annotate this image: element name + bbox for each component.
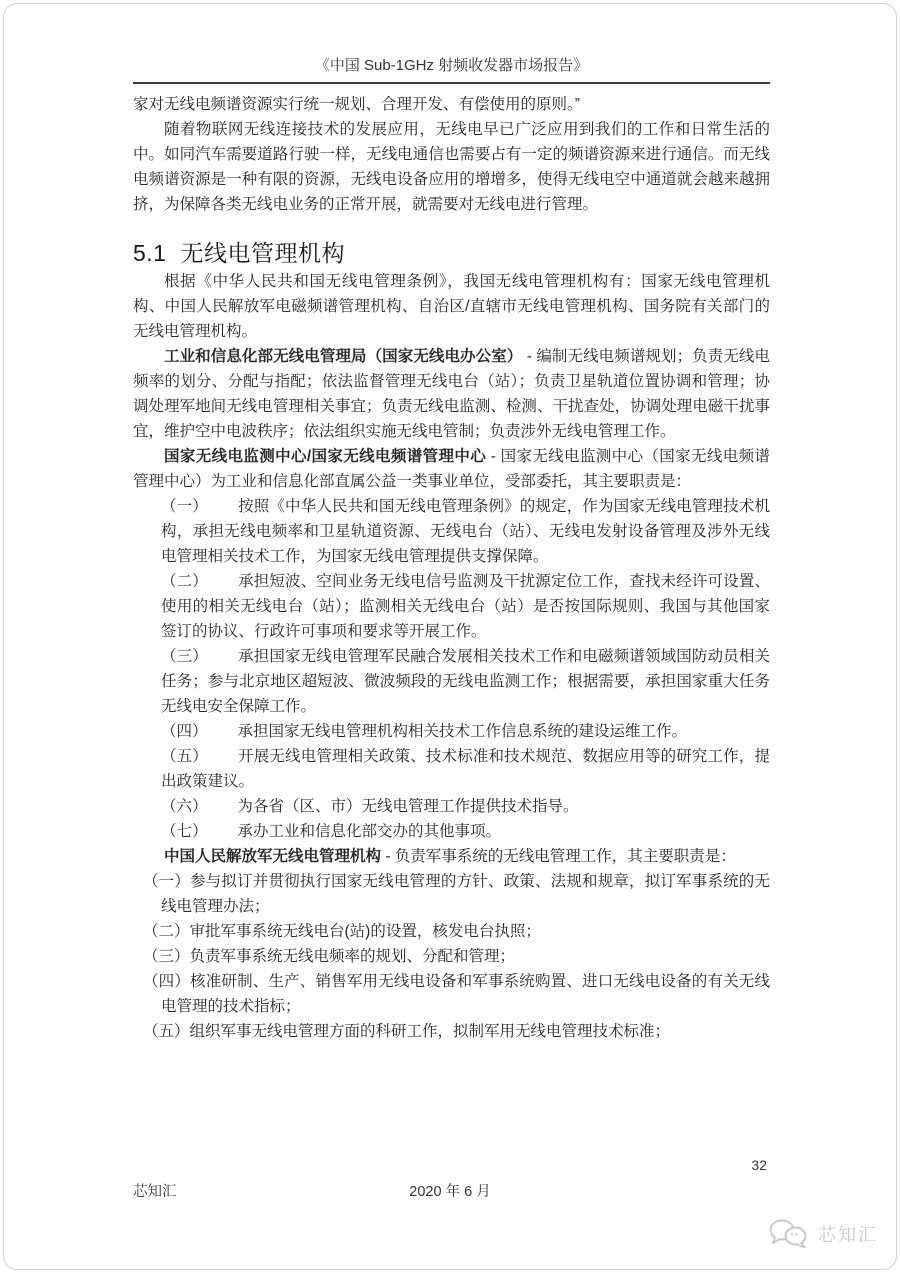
brand-watermark: 芯知汇 [768, 1218, 878, 1250]
page-content: 《中国 Sub-1GHz 射频收发器市场报告》 家对无线电频谱资源实行统一规划、… [133, 0, 770, 1044]
duty-item-marker: （三） [161, 648, 208, 665]
org-miit-separator: - [522, 348, 536, 365]
duty-item-marker: （五） [161, 748, 208, 765]
duty-list-item: （一）按照《中华人民共和国无线电管理条例》的规定，作为国家无线电管理技术机构，承… [133, 494, 770, 569]
org-pla-name: 中国人民解放军无线电管理机构 [164, 848, 381, 865]
org-monitoring-center-separator: - [486, 448, 501, 465]
page-number: 32 [751, 1157, 767, 1173]
duty-list-item: （五）开展无线电管理相关政策、技术标准和技术规范、数据应用等的研究工作，提出政策… [133, 744, 770, 794]
duty-item-marker: （七） [161, 823, 208, 840]
duty-item-text: 审批军事系统无线电台(站)的设置，核发电台执照； [190, 923, 541, 940]
paragraph-continuation: 家对无线电频谱资源实行统一规划、合理开发、有偿使用的原则。” [133, 92, 770, 117]
duty-item-text: 负责军事系统无线电频率的规划、分配和管理； [190, 948, 516, 965]
duty-list-item: （二）审批军事系统无线电台(站)的设置，核发电台执照； [133, 919, 770, 944]
duty-list-item: （七）承办工业和信息化部交办的其他事项。 [133, 819, 770, 844]
duty-item-text: 为各省（区、市）无线电管理工作提供技术指导。 [238, 798, 579, 815]
duty-item-text: 承办工业和信息化部交办的其他事项。 [238, 823, 502, 840]
org-pla-separator: - [381, 848, 395, 865]
org-pla-paragraph: 中国人民解放军无线电管理机构 - 负责军事系统的无线电管理工作，其主要职责是： [133, 844, 770, 869]
duty-item-text: 承担国家无线电管理机构相关技术工作信息系统的建设运维工作。 [238, 723, 688, 740]
report-header-title: 《中国 Sub-1GHz 射频收发器市场报告》 [133, 56, 770, 76]
duty-item-marker: （三） [143, 948, 190, 965]
paragraph-basis: 根据《中华人民共和国无线电管理条例》，我国无线电管理机构有：国家无线电管理机构、… [133, 269, 770, 344]
duty-item-text: 参与拟订并贯彻执行国家无线电管理的方针、政策、法规和规章，拟订军事系统的无线电管… [161, 873, 770, 915]
org-monitoring-center-name: 国家无线电监测中心/国家无线电频谱管理中心 [164, 448, 486, 465]
duty-list-item: （五）组织军事无线电管理方面的科研工作，拟制军用无线电管理技术标准； [133, 1019, 770, 1044]
org-miit-name: 工业和信息化部无线电管理局（国家无线电办公室） [164, 348, 522, 365]
document-page: 《中国 Sub-1GHz 射频收发器市场报告》 家对无线电频谱资源实行统一规划、… [0, 0, 900, 1273]
paragraph-intro: 随着物联网无线连接技术的发展应用，无线电早已广泛应用到我们的工作和日常生活的中。… [133, 117, 770, 217]
section-title: 无线电管理机构 [180, 240, 345, 266]
duty-item-marker: （一） [161, 498, 208, 515]
duty-item-text: 按照《中华人民共和国无线电管理条例》的规定，作为国家无线电管理技术机构，承担无线… [161, 498, 770, 565]
section-number: 5.1 [133, 240, 166, 266]
duty-list-item: （二）承担短波、空间业务无线电信号监测及干扰源定位工作，查找未经许可设置、使用的… [133, 569, 770, 644]
duty-item-marker: （六） [161, 798, 208, 815]
duty-list-item: （四）核准研制、生产、销售军用无线电设备和军事系统购置、进口无线电设备的有关无线… [133, 969, 770, 1019]
duty-item-marker: （四） [143, 973, 190, 990]
duty-list-item: （六）为各省（区、市）无线电管理工作提供技术指导。 [133, 794, 770, 819]
duty-item-marker: （一） [143, 873, 190, 890]
duty-list-item: （四）承担国家无线电管理机构相关技术工作信息系统的建设运维工作。 [133, 719, 770, 744]
duty-item-text: 承担国家无线电管理军民融合发展相关技术工作和电磁频谱领域国防动员相关任务；参与北… [161, 648, 770, 715]
org-miit-paragraph: 工业和信息化部无线电管理局（国家无线电办公室） - 编制无线电频谱规划；负责无线… [133, 344, 770, 444]
duty-list-item: （一）参与拟订并贯彻执行国家无线电管理的方针、政策、法规和规章，拟订军事系统的无… [133, 869, 770, 919]
watermark-text: 芯知汇 [818, 1221, 878, 1247]
org-pla-description: 负责军事系统的无线电管理工作，其主要职责是： [395, 848, 736, 865]
duty-item-marker: （二） [143, 923, 190, 940]
footer-date: 2020 年 6 月 [0, 1180, 900, 1201]
header-divider [133, 82, 770, 84]
duty-item-text: 核准研制、生产、销售军用无线电设备和军事系统购置、进口无线电设备的有关无线电管理… [161, 973, 770, 1015]
duty-list-item: （三）负责军事系统无线电频率的规划、分配和管理； [133, 944, 770, 969]
duty-list-item: （三）承担国家无线电管理军民融合发展相关技术工作和电磁频谱领域国防动员相关任务；… [133, 644, 770, 719]
chat-bubbles-icon [768, 1218, 810, 1250]
duty-item-marker: （五） [143, 1023, 190, 1040]
duty-item-text: 开展无线电管理相关政策、技术标准和技术规范、数据应用等的研究工作，提出政策建议。 [161, 748, 770, 790]
duty-item-marker: （四） [161, 723, 208, 740]
duty-item-text: 承担短波、空间业务无线电信号监测及干扰源定位工作，查找未经许可设置、使用的相关无… [161, 573, 770, 640]
org-monitoring-center-duties-list: （一）按照《中华人民共和国无线电管理条例》的规定，作为国家无线电管理技术机构，承… [133, 494, 770, 844]
duty-item-text: 组织军事无线电管理方面的科研工作，拟制军用无线电管理技术标准； [190, 1023, 671, 1040]
duty-item-marker: （二） [161, 573, 208, 590]
section-heading: 5.1无线电管理机构 [133, 237, 770, 269]
org-monitoring-center-paragraph: 国家无线电监测中心/国家无线电频谱管理中心 - 国家无线电监测中心（国家无线电频… [133, 444, 770, 494]
org-pla-duties-list: （一）参与拟订并贯彻执行国家无线电管理的方针、政策、法规和规章，拟订军事系统的无… [133, 869, 770, 1044]
